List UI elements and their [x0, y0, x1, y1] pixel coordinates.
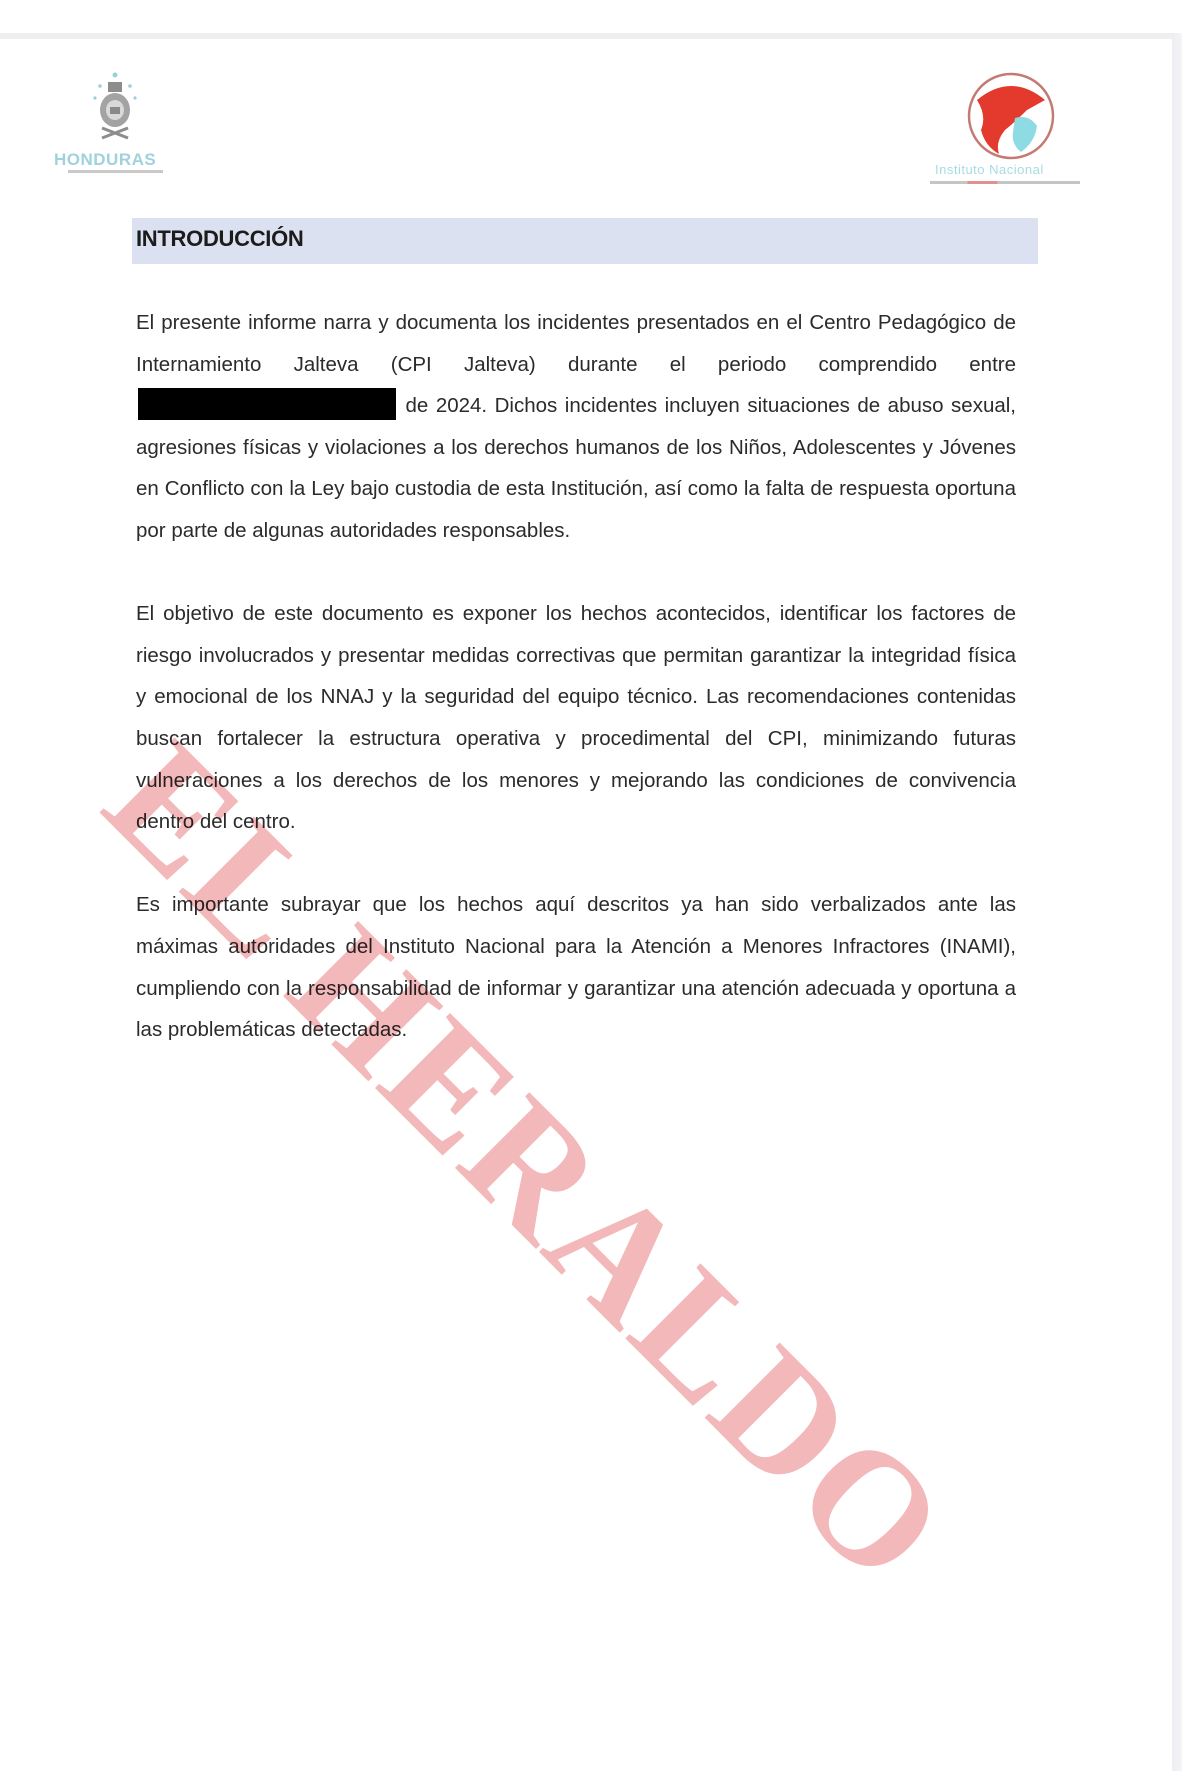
- paragraph-3: Es importante subrayar que los hechos aq…: [136, 884, 1016, 1050]
- inami-emblem-icon: [965, 70, 1057, 162]
- paragraph-2: El objetivo de este documento es exponer…: [136, 593, 1016, 843]
- right-margin: [1182, 33, 1200, 1771]
- inami-wordmark: Instituto Nacional: [935, 162, 1044, 177]
- honduras-logo: HONDURAS: [50, 70, 180, 180]
- inami-logo: Instituto Nacional: [915, 70, 1085, 185]
- honduras-subtitle-line: [68, 170, 163, 173]
- section-header-band: INTRODUCCIÓN: [132, 218, 1038, 264]
- document-body: El presente informe narra y documenta lo…: [136, 302, 1016, 1092]
- redaction-block: [138, 388, 396, 420]
- inami-subtitle-line: [930, 181, 1080, 184]
- section-title: INTRODUCCIÓN: [136, 226, 304, 252]
- honduras-wordmark: HONDURAS: [54, 150, 156, 170]
- coat-of-arms-icon: [90, 70, 140, 145]
- page-right-edge: [1172, 33, 1182, 1771]
- paragraph-1-start: El presente informe narra y documenta lo…: [136, 311, 1016, 376]
- top-margin: [0, 0, 1200, 33]
- paragraph-1: El presente informe narra y documenta lo…: [136, 302, 1016, 552]
